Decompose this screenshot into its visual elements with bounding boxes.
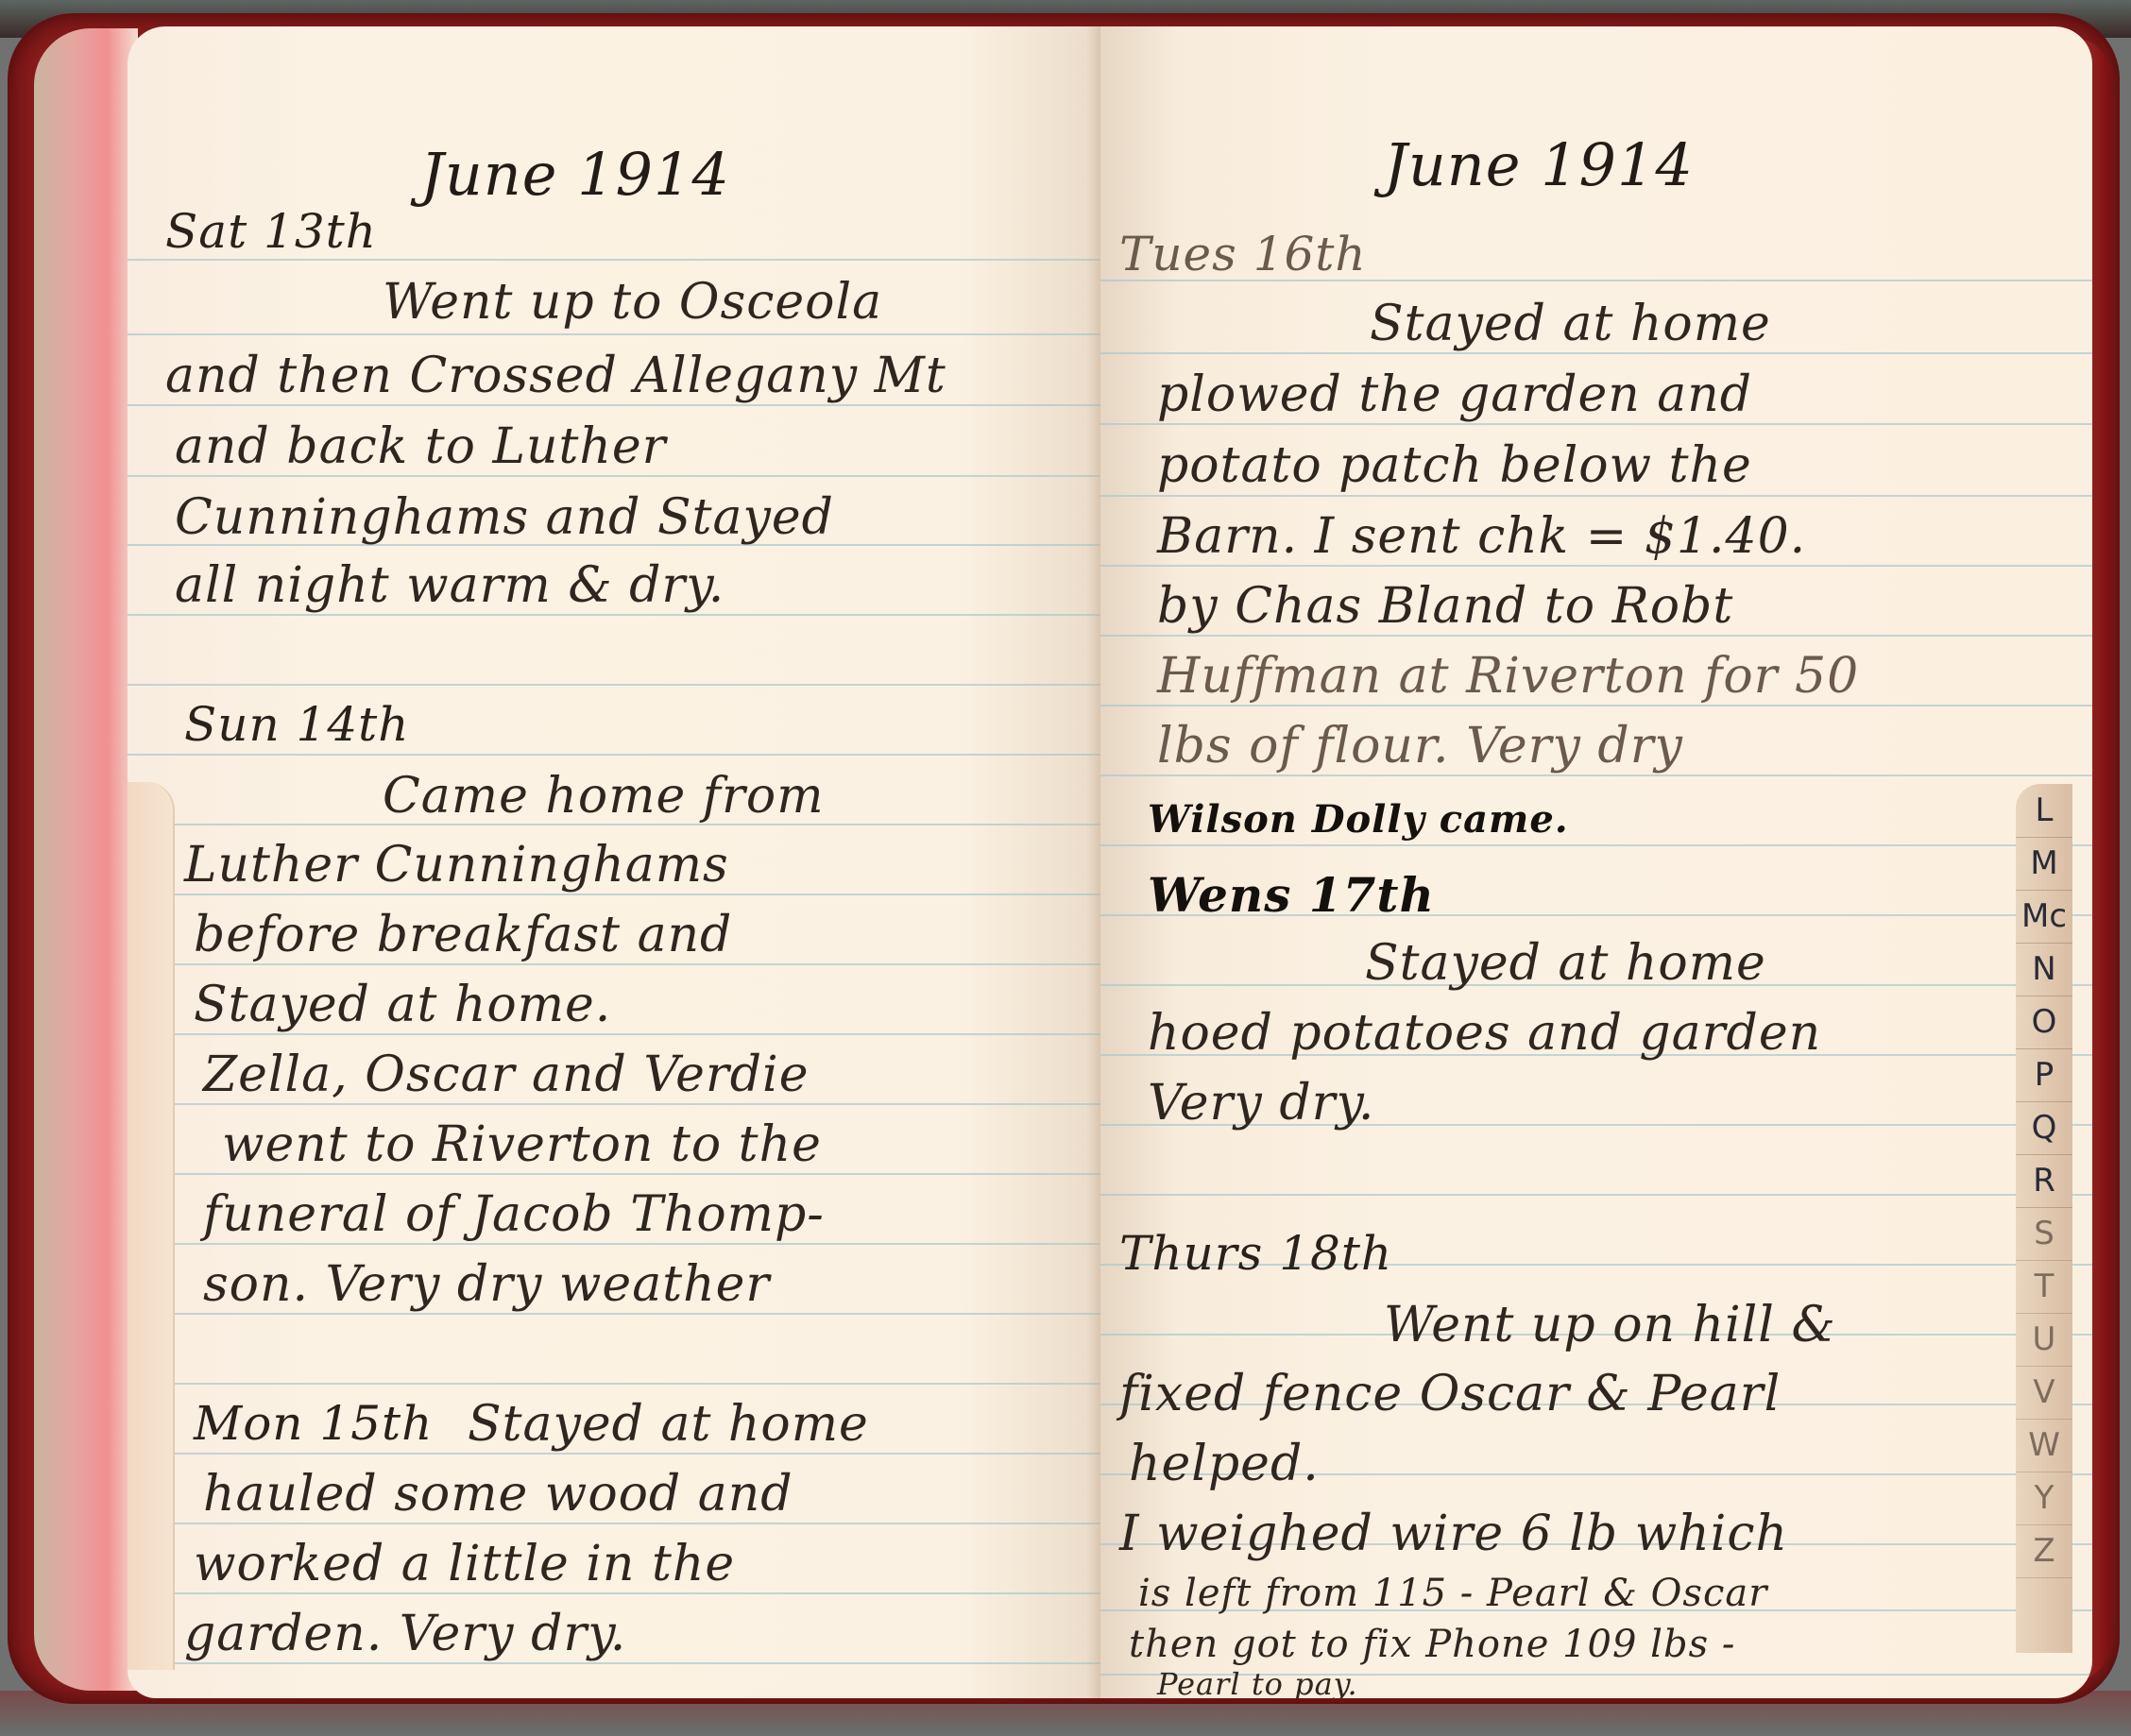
rule-line	[1100, 1194, 2092, 1196]
entry-line: Stayed at home.	[194, 977, 611, 1033]
left-page: June 1914 Sat 13th Went up to Osceola an…	[128, 26, 1105, 1698]
rule-line	[1100, 352, 2092, 354]
rule-line	[128, 1243, 1105, 1245]
entry-line: hoed potatoes and garden	[1148, 1005, 1821, 1062]
page-header: June 1914	[1384, 130, 1694, 199]
rule-line	[1100, 705, 2092, 706]
entry-line: Cunninghams and Stayed	[175, 489, 834, 546]
index-tab-q[interactable]: Q	[2016, 1101, 2072, 1155]
entry-line: Pearl to pay.	[1157, 1666, 1358, 1698]
rule-line	[128, 1103, 1105, 1105]
right-page: June 1914 Tues 16th Stayed at home plowe…	[1100, 26, 2092, 1698]
rule-line	[128, 894, 1105, 895]
rule-line	[128, 614, 1105, 616]
entry-line: Wilson Dolly came.	[1148, 797, 1569, 842]
entry-date: Sat 13th	[165, 204, 377, 259]
index-tab-y[interactable]: Y	[2016, 1472, 2072, 1525]
entry-line: Went up to Osceola	[383, 274, 882, 331]
entry-date: Mon 15th	[194, 1396, 433, 1451]
index-tab-r[interactable]: R	[2016, 1154, 2072, 1208]
index-tab-w[interactable]: W	[2016, 1419, 2072, 1472]
entry-line: all night warm & dry.	[175, 557, 725, 614]
entry-line: Very dry.	[1148, 1075, 1374, 1132]
entry-line: went to Riverton to the	[222, 1116, 822, 1173]
rule-line	[1100, 495, 2092, 497]
rule-line	[128, 754, 1105, 756]
rule-line	[1100, 635, 2092, 637]
entry-line: fixed fence Oscar & Pearl	[1119, 1366, 1781, 1422]
entry-line: Huffman at Riverton for 50	[1157, 648, 1859, 705]
rule-line	[128, 1313, 1105, 1315]
entry-date: Sun 14th	[184, 697, 409, 752]
entry-line: Zella, Oscar and Verdie	[203, 1047, 809, 1103]
index-tab-n[interactable]: N	[2016, 943, 2072, 996]
rule-line	[128, 963, 1105, 965]
rule-line	[1100, 423, 2092, 425]
rule-line	[128, 1033, 1105, 1035]
index-tab-mc[interactable]: Mc	[2016, 890, 2072, 944]
red-page-edges	[34, 28, 138, 1691]
index-tab-v[interactable]: V	[2016, 1366, 2072, 1420]
rule-line	[128, 1383, 1105, 1385]
index-tab-p[interactable]: P	[2016, 1048, 2072, 1102]
entry-line: helped.	[1129, 1436, 1320, 1492]
rule-line	[128, 404, 1105, 406]
rule-line	[128, 1592, 1105, 1594]
rule-line	[128, 684, 1105, 686]
inner-page-tab	[128, 782, 175, 1670]
rule-line	[1100, 844, 2092, 846]
entry-line: Barn. I sent chk = $1.40.	[1157, 508, 1806, 565]
rule-line	[128, 1453, 1105, 1455]
thumb-index: L M Mc N O P Q R S T U V W Y Z	[2016, 784, 2072, 1653]
entry-line: is left from 115 - Pearl & Oscar	[1138, 1572, 1767, 1615]
index-tab-z[interactable]: Z	[2016, 1524, 2072, 1578]
entry-date: Wens 17th	[1148, 867, 1435, 923]
entry-date: Thurs 18th	[1119, 1226, 1392, 1281]
entry-line: and back to Luther	[175, 418, 667, 475]
entry-line: potato patch below the	[1157, 437, 1752, 494]
entry-line: Stayed at home	[1365, 935, 1766, 992]
page-header: June 1914	[420, 140, 730, 209]
entry-line: worked a little in the	[194, 1536, 735, 1592]
entry-line: Stayed at home	[1370, 296, 1771, 352]
index-tab-m[interactable]: M	[2016, 837, 2072, 891]
entry-line: hauled some wood and	[203, 1466, 793, 1523]
rule-line	[128, 333, 1105, 335]
entry-line: then got to fix Phone 109 lbs -	[1129, 1623, 1735, 1666]
entry-line: and then Crossed Allegany Mt	[165, 348, 946, 404]
rule-line	[128, 475, 1105, 477]
index-tab-t[interactable]: T	[2016, 1260, 2072, 1314]
entry-date: Tues 16th	[1119, 227, 1367, 281]
index-tab-u[interactable]: U	[2016, 1313, 2072, 1367]
entry-line: by Chas Bland to Robt	[1157, 578, 1733, 635]
entry-line: garden. Very dry.	[184, 1606, 626, 1662]
entry-line: I weighed wire 6 lb which	[1119, 1506, 1788, 1562]
rule-line	[128, 1173, 1105, 1175]
rule-line	[1100, 565, 2092, 567]
rule-line	[128, 1523, 1105, 1524]
rule-line	[128, 1662, 1105, 1664]
entry-line: Luther Cunninghams	[184, 837, 729, 894]
entry-line: funeral of Jacob Thomp-	[203, 1186, 825, 1243]
index-tab-l[interactable]: L	[2016, 784, 2072, 838]
entry-line: Went up on hill &	[1384, 1297, 1836, 1353]
entry-line: lbs of flour. Very dry	[1157, 718, 1683, 774]
entry-line: Came home from	[383, 768, 825, 825]
rule-line	[1100, 774, 2092, 776]
entry-line: plowed the garden and	[1157, 366, 1752, 423]
entry-line: before breakfast and	[194, 907, 732, 963]
index-tab-o[interactable]: O	[2016, 996, 2072, 1049]
entry-line: son. Very dry weather	[203, 1256, 770, 1313]
index-tab-s[interactable]: S	[2016, 1207, 2072, 1261]
rule-line	[128, 259, 1105, 261]
entry-line: Stayed at home	[468, 1396, 869, 1453]
